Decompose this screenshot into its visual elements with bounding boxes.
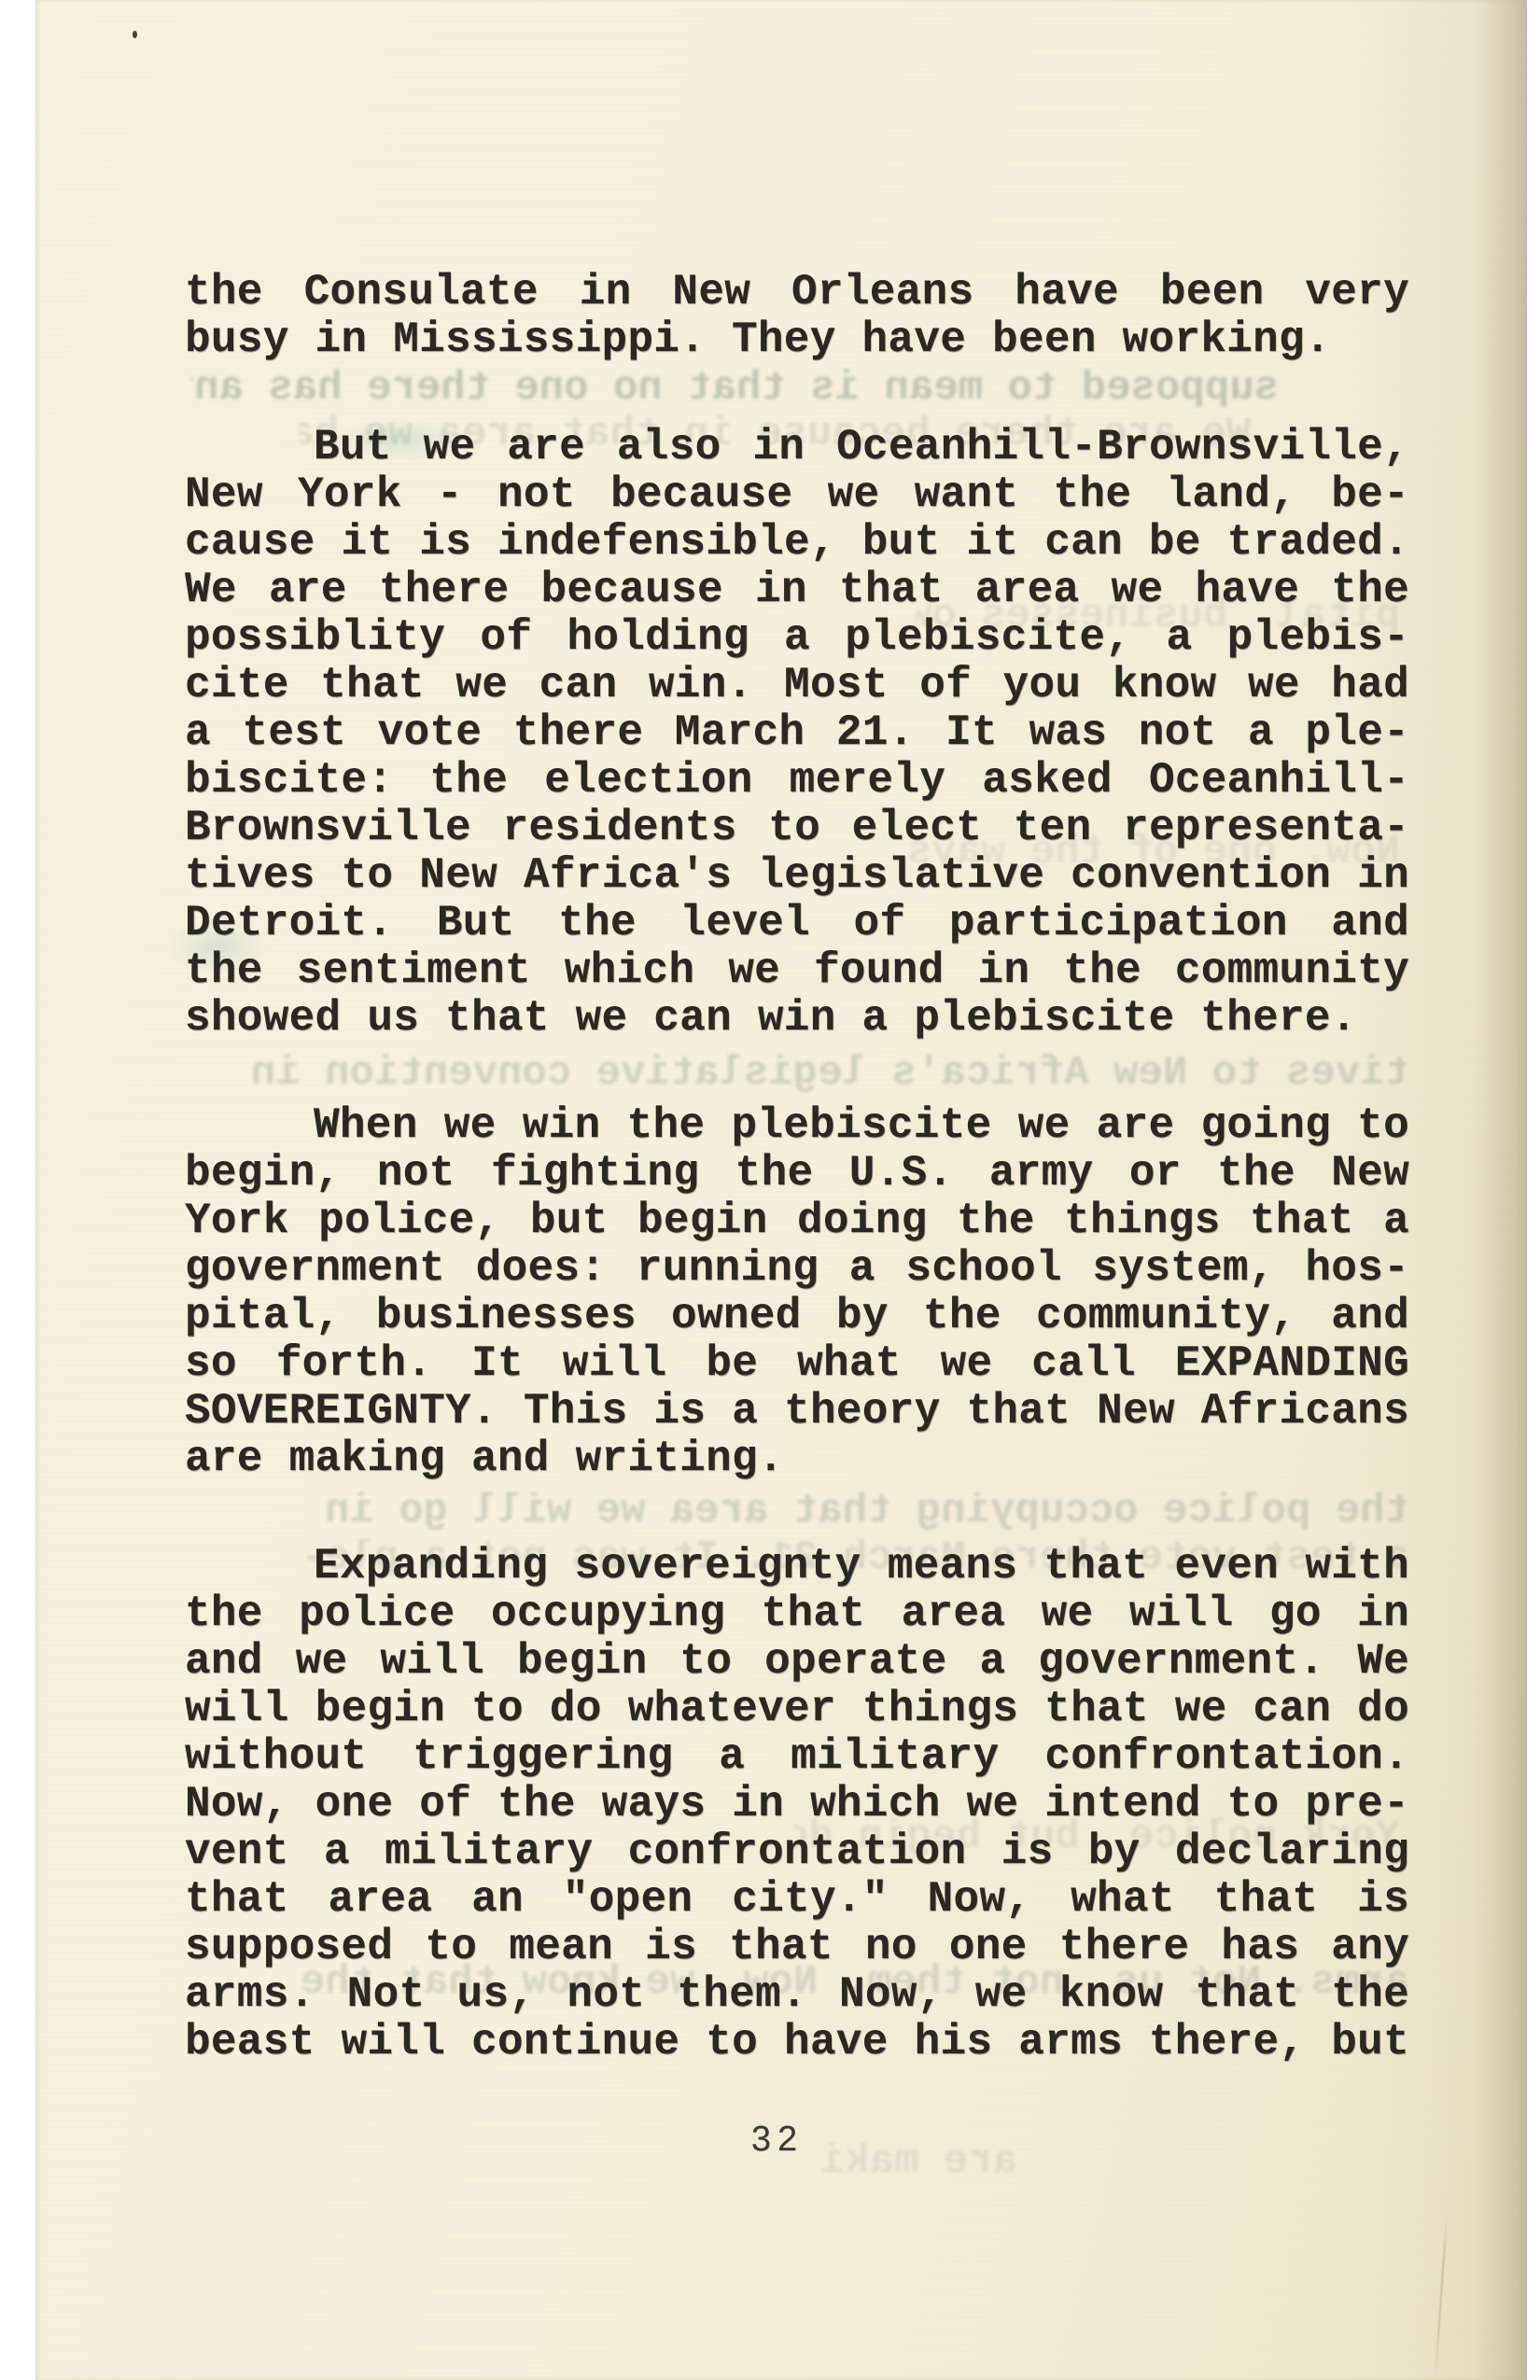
text-line: York police, but begin doing the things …	[185, 1197, 1409, 1245]
text-line: the sentiment which we found in the comm…	[185, 947, 1409, 995]
text-line: cause it is indefensible, but it can be …	[185, 519, 1409, 567]
text-line: When we win the plebiscite we are going …	[185, 1102, 1409, 1150]
text-line: We are there because in that area we hav…	[185, 567, 1409, 614]
text-line: beast will continue to have his arms the…	[185, 2019, 1409, 2066]
text-line: will begin to do whatever things that we…	[185, 1686, 1409, 1733]
text-line: SOVEREIGNTY. This is a theory that New A…	[185, 1388, 1409, 1435]
typewritten-text-block: the Consulate in New Orleans have been v…	[185, 269, 1409, 2126]
text-line: begin, not fighting the U.S. army or the…	[185, 1150, 1409, 1197]
text-line: biscite: the election merely asked Ocean…	[185, 757, 1409, 805]
text-line: arms. Not us, not them. Now, we know tha…	[185, 1971, 1409, 2019]
text-line: the Consulate in New Orleans have been v…	[185, 269, 1409, 316]
text-line: New York - not because we want the land,…	[185, 471, 1409, 519]
paragraph: When we win the plebiscite we are going …	[185, 1102, 1409, 1483]
text-line: are making and writing.	[185, 1435, 1409, 1483]
text-line: Now, one of the ways in which we intend …	[185, 1781, 1409, 1828]
text-line: vent a military confrontation is by decl…	[185, 1828, 1409, 1876]
text-line: cite that we can win. Most of you know w…	[185, 662, 1409, 709]
text-line: and we will begin to operate a governmen…	[185, 1638, 1409, 1686]
text-line: Brownsville residents to elect ten repre…	[185, 805, 1409, 852]
text-line: pital, businesses owned by the community…	[185, 1293, 1409, 1340]
text-line: supposed to mean is that no one there ha…	[185, 1924, 1409, 1971]
text-line: that area an "open city." Now, what that…	[185, 1876, 1409, 1924]
text-line: the police occupying that area we will g…	[185, 1590, 1409, 1638]
scanned-page: supposed to mean is that no one there ha…	[0, 0, 1540, 2380]
text-line: government does: running a school system…	[185, 1245, 1409, 1293]
paragraph: But we are also in Oceanhill-Brownsville…	[185, 424, 1409, 1043]
paragraph: the Consulate in New Orleans have been v…	[185, 269, 1409, 364]
page-number: 32	[712, 2119, 843, 2160]
text-line: so forth. It will be what we call EXPAND…	[185, 1340, 1409, 1388]
paper-crease	[1435, 2210, 1449, 2380]
text-line: showed us that we can win a plebiscite t…	[185, 995, 1409, 1043]
text-line: without triggering a military confrontat…	[185, 1733, 1409, 1781]
bleed-through-text: are making and writing.	[821, 2139, 1017, 2184]
text-line: But we are also in Oceanhill-Brownsville…	[185, 424, 1409, 471]
paper-speck	[133, 31, 137, 38]
text-line: busy in Mississippi. They have been work…	[185, 316, 1409, 364]
text-line: Expanding sovereignty means that even wi…	[185, 1543, 1409, 1590]
text-line: possiblity of holding a plebiscite, a pl…	[185, 614, 1409, 662]
text-line: tives to New Africa's legislative conven…	[185, 852, 1409, 900]
text-line: Detroit. But the level of participation …	[185, 900, 1409, 947]
text-line: a test vote there March 21. It was not a…	[185, 709, 1409, 757]
paragraph: Expanding sovereignty means that even wi…	[185, 1543, 1409, 2066]
